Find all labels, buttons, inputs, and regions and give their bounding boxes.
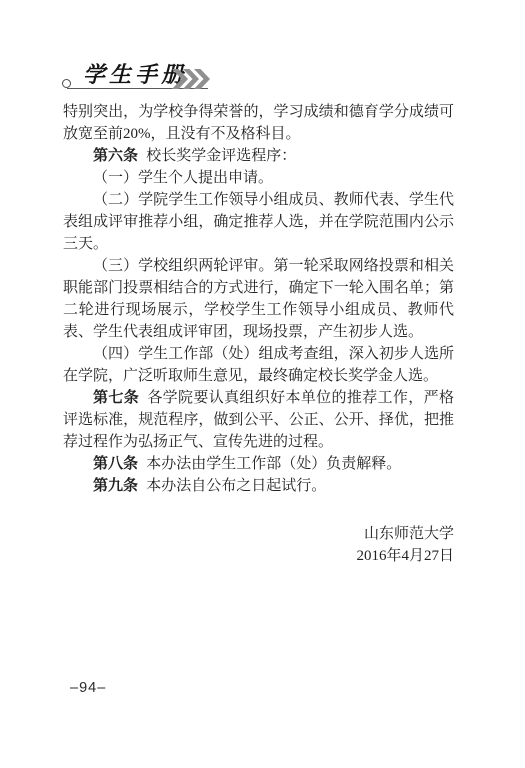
page-number: –94– bbox=[70, 680, 106, 696]
handbook-page: { "header": { "title": "学生手册", "chevron_… bbox=[0, 0, 525, 768]
article-8-label: 第八条 bbox=[93, 456, 138, 472]
article-6-text: 校长奖学金评选程序： bbox=[146, 148, 296, 164]
paragraph-item-4: （四）学生工作部（处）组成考查组，深入初步人选所在学院，广泛听取师生意见，最终确… bbox=[63, 343, 454, 387]
paragraph-item-1: （一）学生个人提出申请。 bbox=[63, 167, 454, 189]
paragraph-article-6: 第六条校长奖学金评选程序： bbox=[63, 145, 454, 167]
paragraph-item-2: （二）学院学生工作领导小组成员、教师代表、学生代表组成评审推荐小组，确定推荐人选… bbox=[63, 189, 454, 255]
paragraph-continuation: 特别突出，为学校争得荣誉的，学习成绩和德育学分成绩可放宽至前20%，且没有不及格… bbox=[63, 101, 454, 145]
paragraph-article-9: 第九条本办法自公布之日起试行。 bbox=[63, 475, 454, 497]
page-header: 学生手册 bbox=[58, 56, 258, 96]
paragraph-article-8: 第八条本办法由学生工作部（处）负责解释。 bbox=[63, 453, 454, 475]
article-9-text: 本办法自公布之日起试行。 bbox=[146, 478, 326, 494]
article-7-label: 第七条 bbox=[93, 390, 139, 406]
document-body: 特别突出，为学校争得荣誉的，学习成绩和德育学分成绩可放宽至前20%，且没有不及格… bbox=[63, 101, 454, 567]
signature-organization: 山东师范大学 bbox=[63, 523, 454, 545]
signature-block: 山东师范大学 2016年4月27日 bbox=[63, 523, 454, 567]
article-6-label: 第六条 bbox=[93, 148, 138, 164]
signature-date: 2016年4月27日 bbox=[63, 545, 454, 567]
header-circle-ornament bbox=[62, 79, 71, 88]
paragraph-article-7: 第七条各学院要认真组织好本单位的推荐工作，严格评选标准，规范程序，做到公平、公正… bbox=[63, 387, 454, 453]
paragraph-item-3: （三）学校组织两轮评审。第一轮采取网络投票和相关职能部门投票相结合的方式进行，确… bbox=[63, 255, 454, 343]
triple-right-chevron-icon bbox=[172, 69, 210, 94]
article-9-label: 第九条 bbox=[93, 478, 138, 494]
article-8-text: 本办法由学生工作部（处）负责解释。 bbox=[146, 456, 401, 472]
